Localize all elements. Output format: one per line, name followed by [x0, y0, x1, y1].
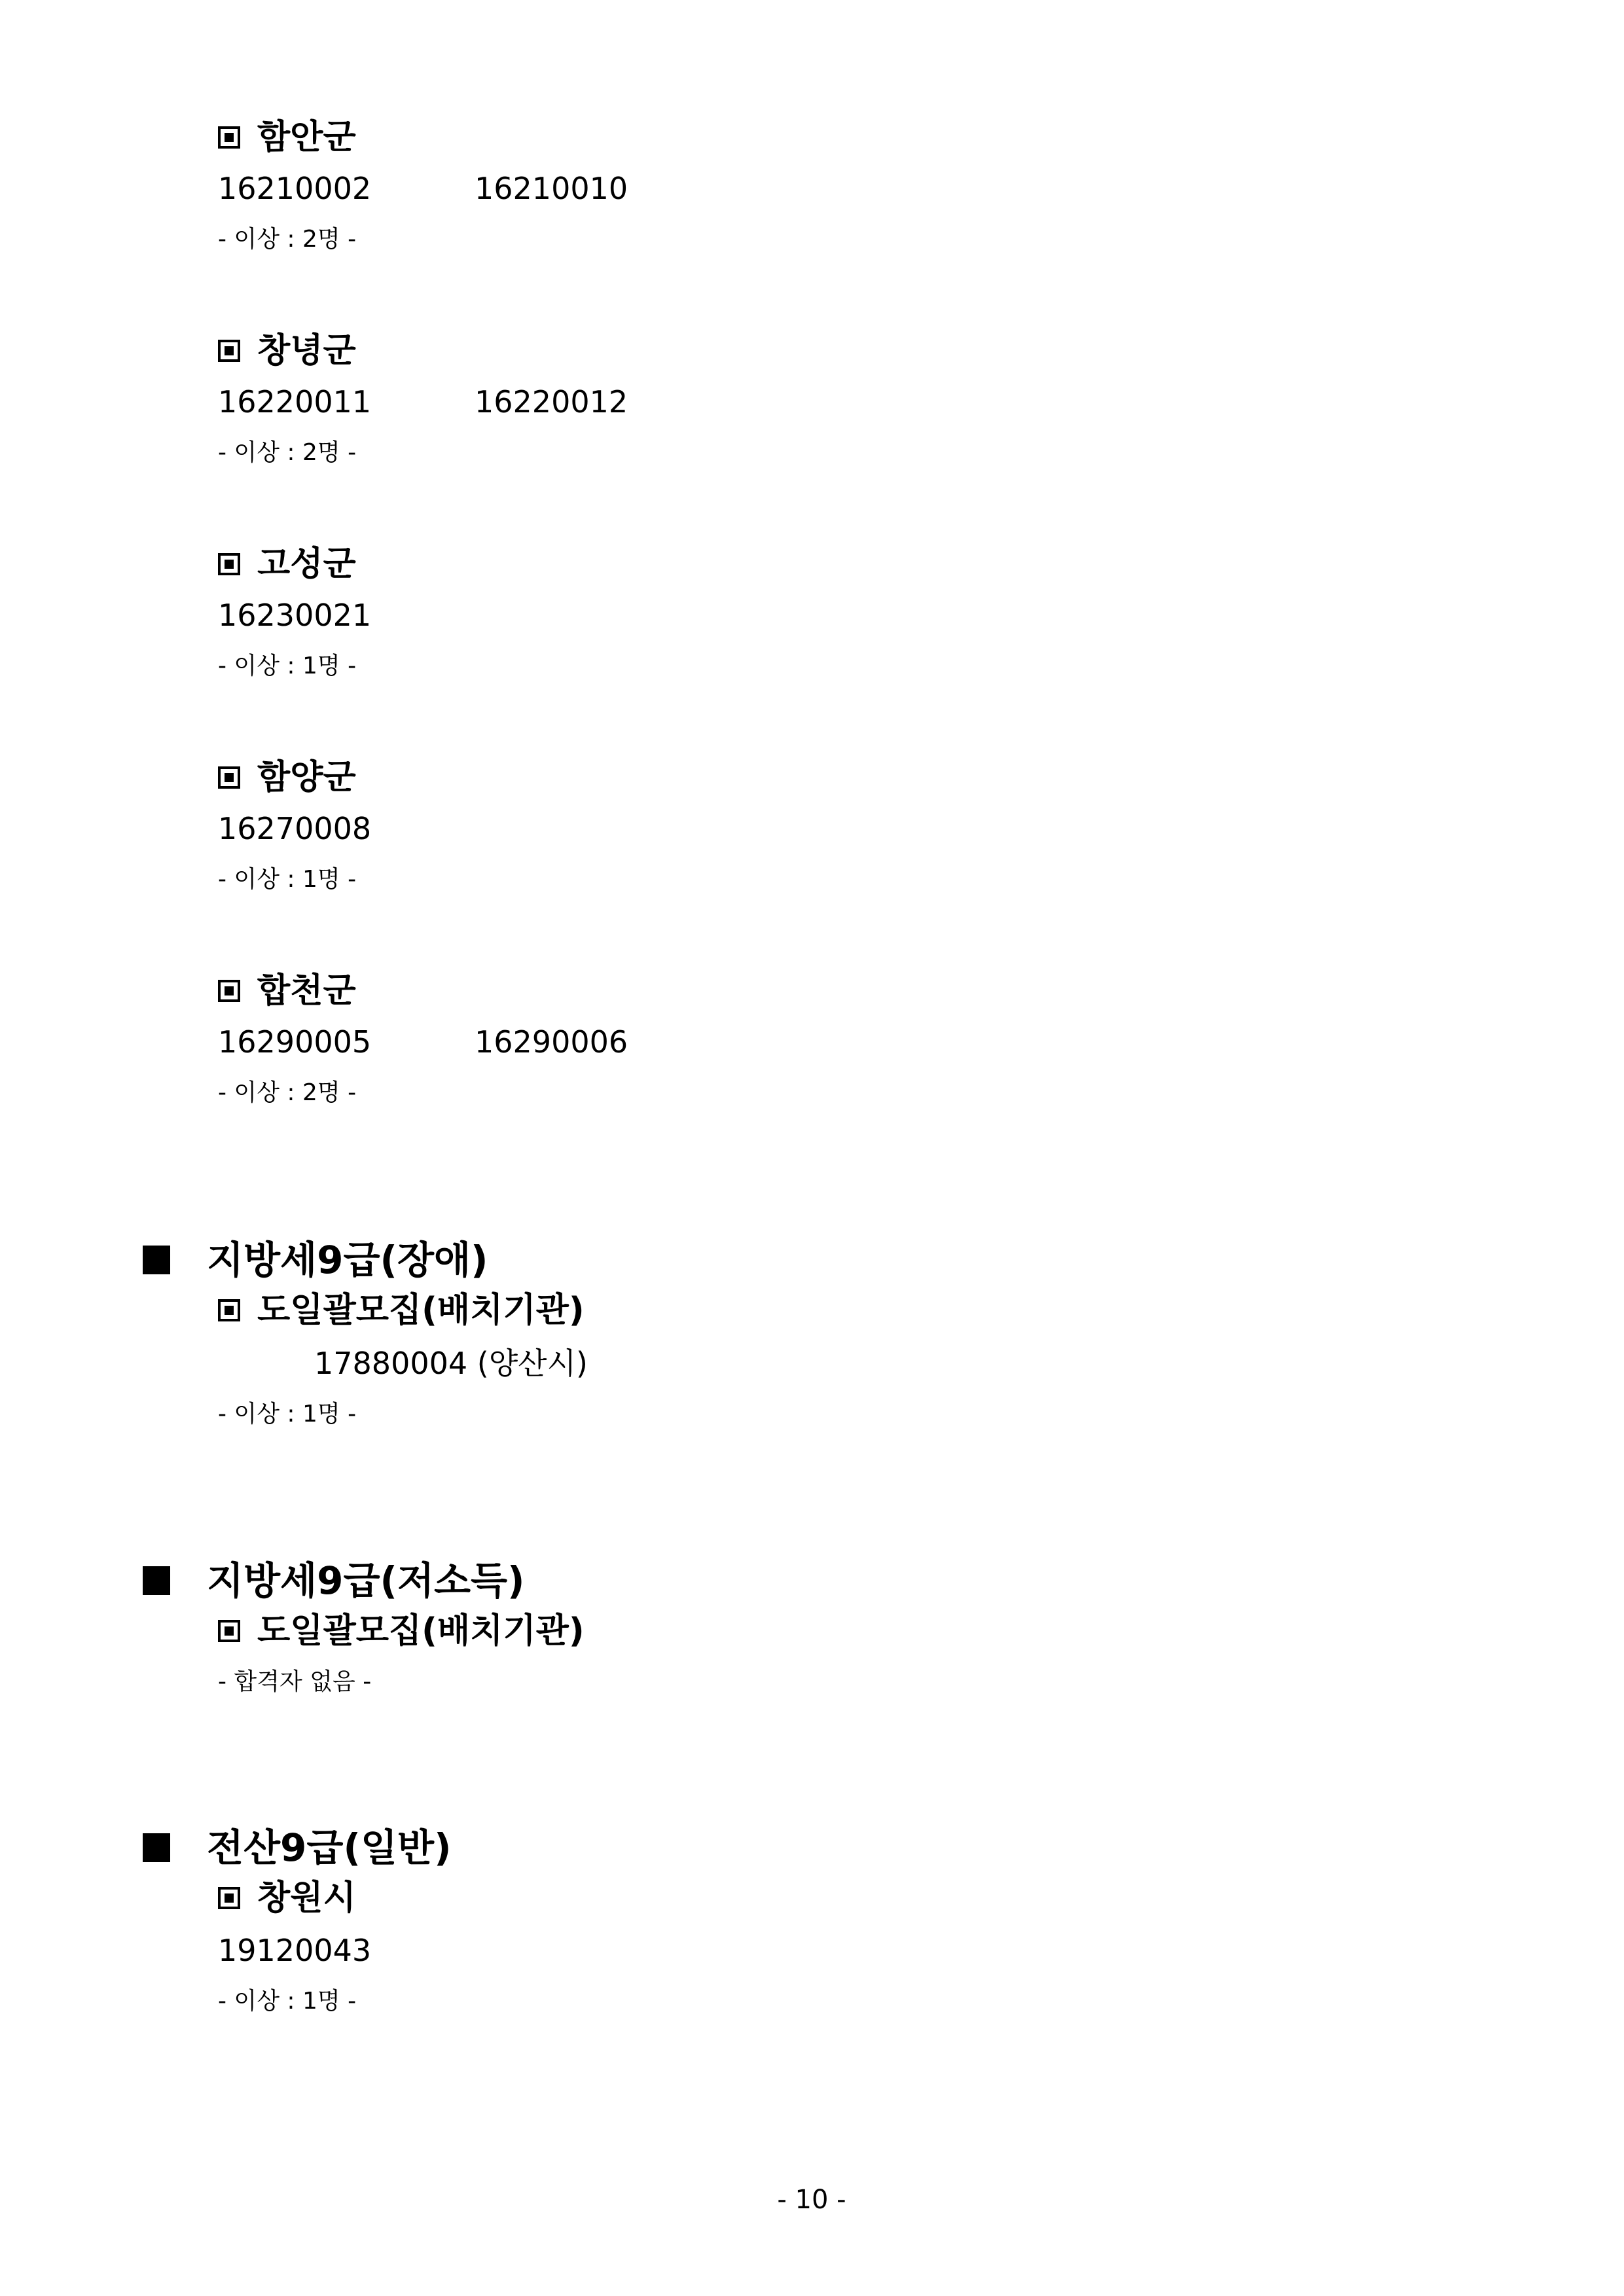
section-heading-local-tax-lowincome: 지방세9급(저소득) — [143, 1559, 525, 1602]
section-title: 지방세9급(저소득) — [207, 1559, 525, 1602]
candidate-id: 16210010 — [475, 170, 628, 207]
pass-count: - 이상 : 1명 - — [218, 1399, 356, 1429]
region-heading-goseong: 고성군 — [218, 545, 356, 584]
region-name: 합천군 — [257, 971, 356, 1011]
candidate-id: 16270008 — [218, 810, 371, 847]
pass-count: - 이상 : 2명 - — [218, 1078, 356, 1108]
candidate-id: 16230021 — [218, 597, 371, 634]
pass-count: - 이상 : 1명 - — [218, 865, 356, 895]
region-heading-hamyang: 함양군 — [218, 758, 356, 797]
square-bullet-icon — [218, 1620, 240, 1642]
square-bullet-icon — [218, 1299, 240, 1321]
region-name: 함안군 — [257, 118, 356, 157]
region-name: 고성군 — [257, 545, 356, 584]
page-number: - 10 - — [772, 2183, 851, 2216]
pass-count: - 이상 : 1명 - — [218, 1986, 356, 2017]
square-bullet-icon — [218, 1887, 240, 1909]
candidate-id: 16210002 — [218, 170, 371, 207]
sub-heading-province-recruit: 도일괄모집(배치기관) — [218, 1611, 585, 1651]
candidate-entry: 19120043 — [218, 1932, 371, 1969]
candidate-id: 16290005 — [218, 1024, 371, 1060]
section-title: 지방세9급(장애) — [207, 1238, 488, 1282]
pass-count: - 이상 : 2명 - — [218, 438, 356, 468]
candidate-id: 16220011 — [218, 384, 371, 420]
square-bullet-icon — [218, 766, 240, 789]
square-bullet-icon — [218, 980, 240, 1002]
region-heading-changnyeong: 창녕군 — [218, 331, 356, 370]
region-name: 창녕군 — [257, 331, 356, 370]
pass-count: - 이상 : 1명 - — [218, 651, 356, 681]
section-heading-computing-general: 전산9급(일반) — [143, 1826, 452, 1869]
square-bullet-icon — [218, 126, 240, 149]
sub-heading-province-recruit: 도일괄모집(배치기관) — [218, 1291, 585, 1330]
filled-square-icon — [143, 1833, 170, 1862]
filled-square-icon — [143, 1566, 170, 1595]
sub-title: 창원시 — [257, 1878, 356, 1918]
candidate-entry: 17880004 (양산시) — [314, 1345, 588, 1382]
section-heading-local-tax-disabled: 지방세9급(장애) — [143, 1238, 488, 1282]
pass-count: - 이상 : 2명 - — [218, 224, 356, 255]
candidate-id: 16290006 — [475, 1024, 628, 1060]
region-heading-haman: 함안군 — [218, 118, 356, 157]
no-pass-note: - 합격자 없음 - — [218, 1667, 371, 1697]
region-name: 함양군 — [257, 758, 356, 797]
candidate-id: 16220012 — [475, 384, 628, 420]
sub-heading-changwon: 창원시 — [218, 1878, 356, 1918]
square-bullet-icon — [218, 340, 240, 362]
region-heading-hapcheon: 합천군 — [218, 971, 356, 1011]
sub-title: 도일괄모집(배치기관) — [257, 1611, 585, 1651]
sub-title: 도일괄모집(배치기관) — [257, 1291, 585, 1330]
square-bullet-icon — [218, 553, 240, 575]
section-title: 전산9급(일반) — [207, 1826, 452, 1869]
filled-square-icon — [143, 1246, 170, 1274]
